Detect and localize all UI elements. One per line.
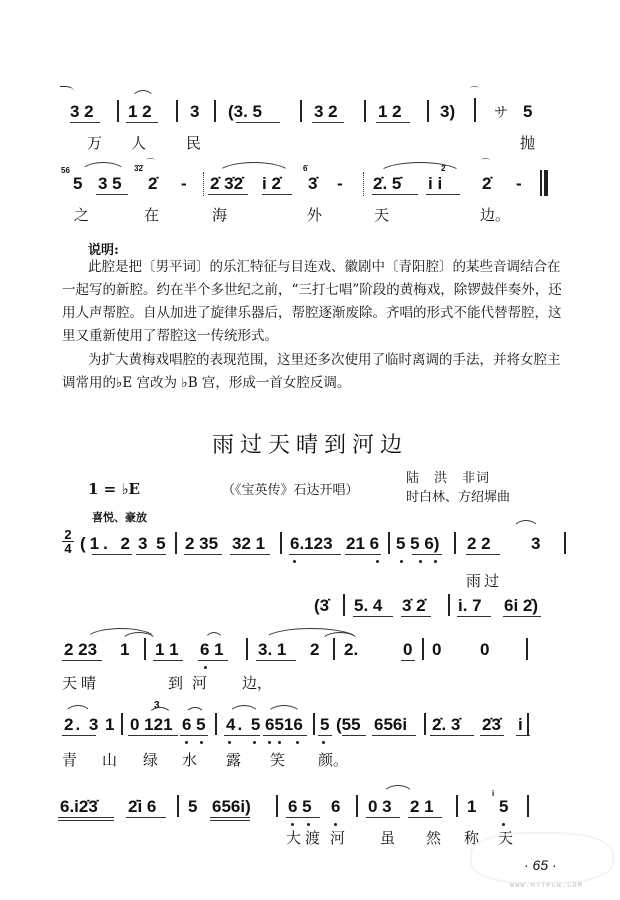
note-group: 5. 4 xyxy=(354,596,382,616)
barline xyxy=(175,532,177,554)
lyric: 边。 xyxy=(480,206,510,224)
beam xyxy=(312,122,344,123)
notes-paragraph-2: 为扩大黄梅戏唱腔的表现范围，这里还多次使用了临时离调的手法，并将女腔主调常用的♭… xyxy=(62,349,572,395)
time-sig-bottom: 4 xyxy=(62,542,74,555)
beam xyxy=(289,554,341,555)
score-line-2: 2 23 1 1 1 6 1 3. 1 2 2. 0 0 0 天晴 到 河 边， xyxy=(0,636,620,666)
lyric: 然 xyxy=(426,829,441,847)
lyric: 之 xyxy=(74,206,89,224)
lyric: 外 xyxy=(307,206,322,224)
lyric: 万 xyxy=(87,134,102,152)
beam xyxy=(230,554,270,555)
low-octave-dot xyxy=(334,823,337,826)
barline xyxy=(527,795,529,817)
low-octave-dot xyxy=(204,666,207,669)
barline xyxy=(215,713,217,735)
lyric: 笑 xyxy=(270,751,285,769)
note-group: 6.i2̇3̇ xyxy=(60,797,98,817)
fermata-icon: ⌒ xyxy=(146,160,155,169)
note-group: 2̇3̇ xyxy=(482,715,501,735)
barline xyxy=(424,713,426,735)
beam xyxy=(466,554,500,555)
note-group: 2̇. 5̇ xyxy=(373,174,401,194)
barline xyxy=(333,638,335,660)
dash: - xyxy=(337,174,343,194)
beam xyxy=(353,616,393,617)
note-group: 4. 5 xyxy=(226,715,262,735)
tie-mark xyxy=(60,86,74,95)
barline xyxy=(427,100,429,122)
beam xyxy=(426,194,460,195)
barline xyxy=(121,713,123,735)
barline xyxy=(448,594,450,616)
watermark-logo-icon xyxy=(470,832,614,884)
composer-credit: 时白林、方绍墀曲 xyxy=(406,486,510,505)
beam xyxy=(457,616,491,617)
low-octave-dot xyxy=(228,741,231,744)
beam xyxy=(376,122,410,123)
beam xyxy=(401,660,415,661)
lyric: 绿 xyxy=(143,751,158,769)
note-group: 3. 1 xyxy=(258,640,286,660)
beam xyxy=(210,817,250,818)
note-group: 2 2 xyxy=(467,534,491,554)
lyric: 民 xyxy=(186,134,201,152)
barline xyxy=(300,100,302,122)
barline xyxy=(246,638,248,660)
low-octave-dot xyxy=(502,823,505,826)
expression-mark: 喜悦、豪放 xyxy=(92,509,147,525)
rest: 0 xyxy=(432,640,441,660)
beam xyxy=(408,817,442,818)
key-signature: 1 = ♭E xyxy=(88,480,140,498)
low-octave-dot xyxy=(185,741,188,744)
barline xyxy=(474,98,476,122)
beam xyxy=(126,122,158,123)
score-line-4: 6.i2̇3̇ 2̇i 6 5 656i) 6 5 6 0 3 2 1 1 i … xyxy=(0,793,620,823)
note-group: 2 23 xyxy=(64,640,97,660)
lyric: 抛 xyxy=(520,134,535,152)
note: 3 xyxy=(190,102,199,122)
note-group: 2̇i 6 xyxy=(128,797,156,817)
beam xyxy=(224,735,260,736)
song-title: 雨过天晴到河边 xyxy=(0,428,620,459)
lyric: 山 xyxy=(102,751,117,769)
note-group: 1 1 xyxy=(155,640,179,660)
note: 1 xyxy=(105,715,114,735)
note-group: 21 6 xyxy=(346,534,379,554)
low-octave-dot xyxy=(200,741,203,744)
barline xyxy=(564,532,566,554)
lyric: 河 xyxy=(192,674,207,692)
grace-note: 2̇ xyxy=(441,164,445,173)
score-line-1b: (3̇ 5. 4 3̇ 2̇ i. 7 6i 2̇) xyxy=(0,592,620,622)
barline xyxy=(214,100,216,122)
note-group: 6 5 xyxy=(182,715,206,735)
lyric: 大渡 xyxy=(286,829,324,847)
lyric: 虽 xyxy=(380,829,395,847)
beam xyxy=(263,735,307,736)
note: 1 xyxy=(467,797,476,817)
barline xyxy=(456,795,458,817)
barline xyxy=(388,532,390,554)
dotted-barline xyxy=(363,172,366,196)
note-group: 3̇ 2̇ xyxy=(402,596,426,616)
lyric: 人 xyxy=(131,134,146,152)
note-group: 32 1 xyxy=(232,534,265,554)
note-group: (1. 2 xyxy=(80,534,134,554)
note-group: i i xyxy=(428,174,442,194)
final-barline xyxy=(544,170,548,196)
note-group: 2. 3 xyxy=(64,715,100,735)
beam xyxy=(58,820,114,821)
note-group: 0 3 xyxy=(368,797,392,817)
low-octave-dot xyxy=(268,741,271,744)
slur xyxy=(131,90,155,101)
beam xyxy=(430,735,474,736)
song-source: （《宝英传》石达开唱） xyxy=(222,479,359,498)
flat-e-key: ♭E xyxy=(116,375,132,391)
beam xyxy=(58,817,114,818)
notes-paragraph-2-text: 宫，形成一首女腔反调。 xyxy=(198,375,351,391)
barline xyxy=(176,100,178,122)
beam xyxy=(180,735,208,736)
slur xyxy=(512,520,540,531)
beam xyxy=(70,122,100,123)
lyric: 在 xyxy=(144,206,159,224)
beam xyxy=(401,616,431,617)
barline xyxy=(526,638,528,660)
beam xyxy=(184,554,222,555)
barline xyxy=(276,795,278,817)
beam xyxy=(318,735,332,736)
lyric: 到 xyxy=(168,674,183,692)
beam xyxy=(366,817,400,818)
beam xyxy=(503,616,541,617)
score-system-1: 3 2 1 2 3 (3. 5 3 2 1 2 3) ⌒ サ 5 万 人 民 抛 xyxy=(0,92,620,122)
note: 5 xyxy=(523,102,532,122)
dotted-barline xyxy=(203,172,206,196)
lyric: 边， xyxy=(242,674,272,692)
beam xyxy=(372,735,416,736)
note: 1 xyxy=(120,640,129,660)
low-octave-dot xyxy=(253,741,256,744)
low-octave-dot xyxy=(307,823,310,826)
beam xyxy=(372,194,418,195)
note-group: 2 1 xyxy=(410,797,434,817)
beam xyxy=(286,817,320,818)
grace-note: 6̇ xyxy=(303,164,307,173)
beam xyxy=(126,817,166,818)
beam xyxy=(62,660,102,661)
note-group: 1 2 xyxy=(128,102,152,122)
note-group: 2̇. 3̇ xyxy=(432,715,460,735)
note-group: (3. 5 xyxy=(228,102,262,122)
rest: 0 xyxy=(480,640,489,660)
beam xyxy=(153,660,183,661)
barline xyxy=(364,100,366,122)
note-group: 3 5 xyxy=(98,174,122,194)
beam xyxy=(208,194,248,195)
beam xyxy=(62,735,96,736)
beam xyxy=(480,735,504,736)
barline xyxy=(343,594,345,616)
note-group: 656i xyxy=(374,715,407,735)
barline xyxy=(527,713,529,735)
grace-note: 56 xyxy=(61,166,70,175)
lyric: 露 xyxy=(226,751,241,769)
note-group: 2̇ 3̇2̇ xyxy=(210,174,243,194)
note: 3 xyxy=(531,534,540,554)
note-group: (55 xyxy=(336,715,361,735)
score-system-2: 56 5 3 5 3̇2̇ ⌒ 2̇ - 2̇ 3̇2̇ i 2̇ 6̇ 3̇ … xyxy=(0,168,620,198)
dash: - xyxy=(181,174,187,194)
slur xyxy=(382,785,414,796)
lyric: 颜。 xyxy=(318,751,348,769)
rest: 0 xyxy=(403,640,412,660)
note-group: 6 1 xyxy=(200,640,224,660)
fermata-icon: ⌒ xyxy=(481,160,490,169)
lyricist-credit: 陆 洪 非词 xyxy=(406,467,490,486)
barline xyxy=(117,100,119,122)
beam xyxy=(198,660,228,661)
note: 3) xyxy=(440,102,455,122)
note-group: 1 2 xyxy=(378,102,402,122)
note: 5 xyxy=(73,174,82,194)
barline xyxy=(313,713,315,735)
note: 5 xyxy=(320,715,329,735)
lyric: 水 xyxy=(182,751,197,769)
note-group: 6.123 xyxy=(290,534,333,554)
dash: - xyxy=(516,174,522,194)
beam xyxy=(412,554,442,555)
note: 5 xyxy=(188,797,197,817)
beam xyxy=(262,194,292,195)
note-group: 2 35 xyxy=(185,534,218,554)
slur xyxy=(80,162,126,173)
barline xyxy=(280,532,282,554)
dotted-barline xyxy=(454,532,456,554)
note: 2 xyxy=(310,640,319,660)
note-group: 6i 2̇) xyxy=(504,596,538,616)
beam xyxy=(345,554,381,555)
note: 2̇ xyxy=(482,174,491,194)
beam xyxy=(210,820,250,821)
note-group: 3 2 xyxy=(70,102,94,122)
low-octave-dot xyxy=(376,560,379,563)
note: 5 xyxy=(499,797,508,817)
notes-paragraph-2-text: 宫改为 xyxy=(132,375,181,391)
note-group: 0 121 xyxy=(130,715,173,735)
low-octave-dot xyxy=(419,560,422,563)
note-group: 3 5 xyxy=(138,534,168,554)
barline xyxy=(144,638,146,660)
beam xyxy=(516,735,530,736)
beam xyxy=(136,554,166,555)
low-octave-dot xyxy=(434,560,437,563)
note-group: 656i) xyxy=(212,797,251,817)
note: 2̇ xyxy=(148,174,157,194)
time-sig-top: 2 xyxy=(62,528,74,542)
note-group: i 2̇ xyxy=(262,174,281,194)
score-line-3: 2. 3 1 3 0 121 6 5 4. 5 6516 5 (55 656i … xyxy=(0,711,620,741)
low-octave-dot xyxy=(296,741,299,744)
lyric: 海 xyxy=(212,206,227,224)
fermata-icon: ⌒ xyxy=(470,88,479,97)
grace-note: i xyxy=(492,789,494,798)
notes-paragraph-1: 此腔是把〔男平词〕的乐汇特征与目连戏、徽剧中〔青阳腔〕的某些音调结合在一起写的新… xyxy=(62,256,572,348)
lyric: 青 xyxy=(62,751,77,769)
note: 3̇ xyxy=(308,174,317,194)
free-meter-mark: サ xyxy=(494,102,508,122)
lyric: 河 xyxy=(330,829,345,847)
low-octave-dot xyxy=(291,823,294,826)
low-octave-dot xyxy=(293,560,296,563)
note: 6 xyxy=(331,797,340,817)
note-group: 6516 xyxy=(265,715,303,735)
note-group: 3 2 xyxy=(314,102,338,122)
barline xyxy=(177,795,179,817)
low-octave-dot xyxy=(400,560,403,563)
beam xyxy=(96,194,128,195)
note-group: i. 7 xyxy=(458,596,482,616)
lyric: 天 xyxy=(374,206,389,224)
time-signature: 2 4 xyxy=(62,528,74,555)
beam xyxy=(342,735,366,736)
grace-note: 3̇2̇ xyxy=(134,164,143,173)
beam xyxy=(236,122,280,123)
note: i xyxy=(518,715,523,735)
low-octave-dot xyxy=(278,741,281,744)
lyric: 天晴 xyxy=(62,674,100,692)
lyric: 雨过 xyxy=(466,572,502,590)
note-group: (3̇ xyxy=(314,596,329,616)
beam xyxy=(256,660,296,661)
note-group: 6 5 xyxy=(288,797,312,817)
flat-b-key: ♭B xyxy=(181,375,197,391)
beam xyxy=(92,554,132,555)
final-barline xyxy=(540,170,542,196)
low-octave-dot xyxy=(322,741,325,744)
barline xyxy=(356,795,358,817)
note-group: 5 5 6) xyxy=(396,534,439,554)
note: 2. xyxy=(344,640,358,660)
score-line-1: 2 4 (1. 2 3 5 2 35 32 1 6.123 21 6 5 5 6… xyxy=(0,528,620,558)
barline xyxy=(422,638,424,660)
notes-paragraph-1-text: 此腔是把〔男平词〕的乐汇特征与目连戏、徽剧中〔青阳腔〕的某些音调结合在一起写的新… xyxy=(62,259,562,344)
beam xyxy=(128,735,178,736)
